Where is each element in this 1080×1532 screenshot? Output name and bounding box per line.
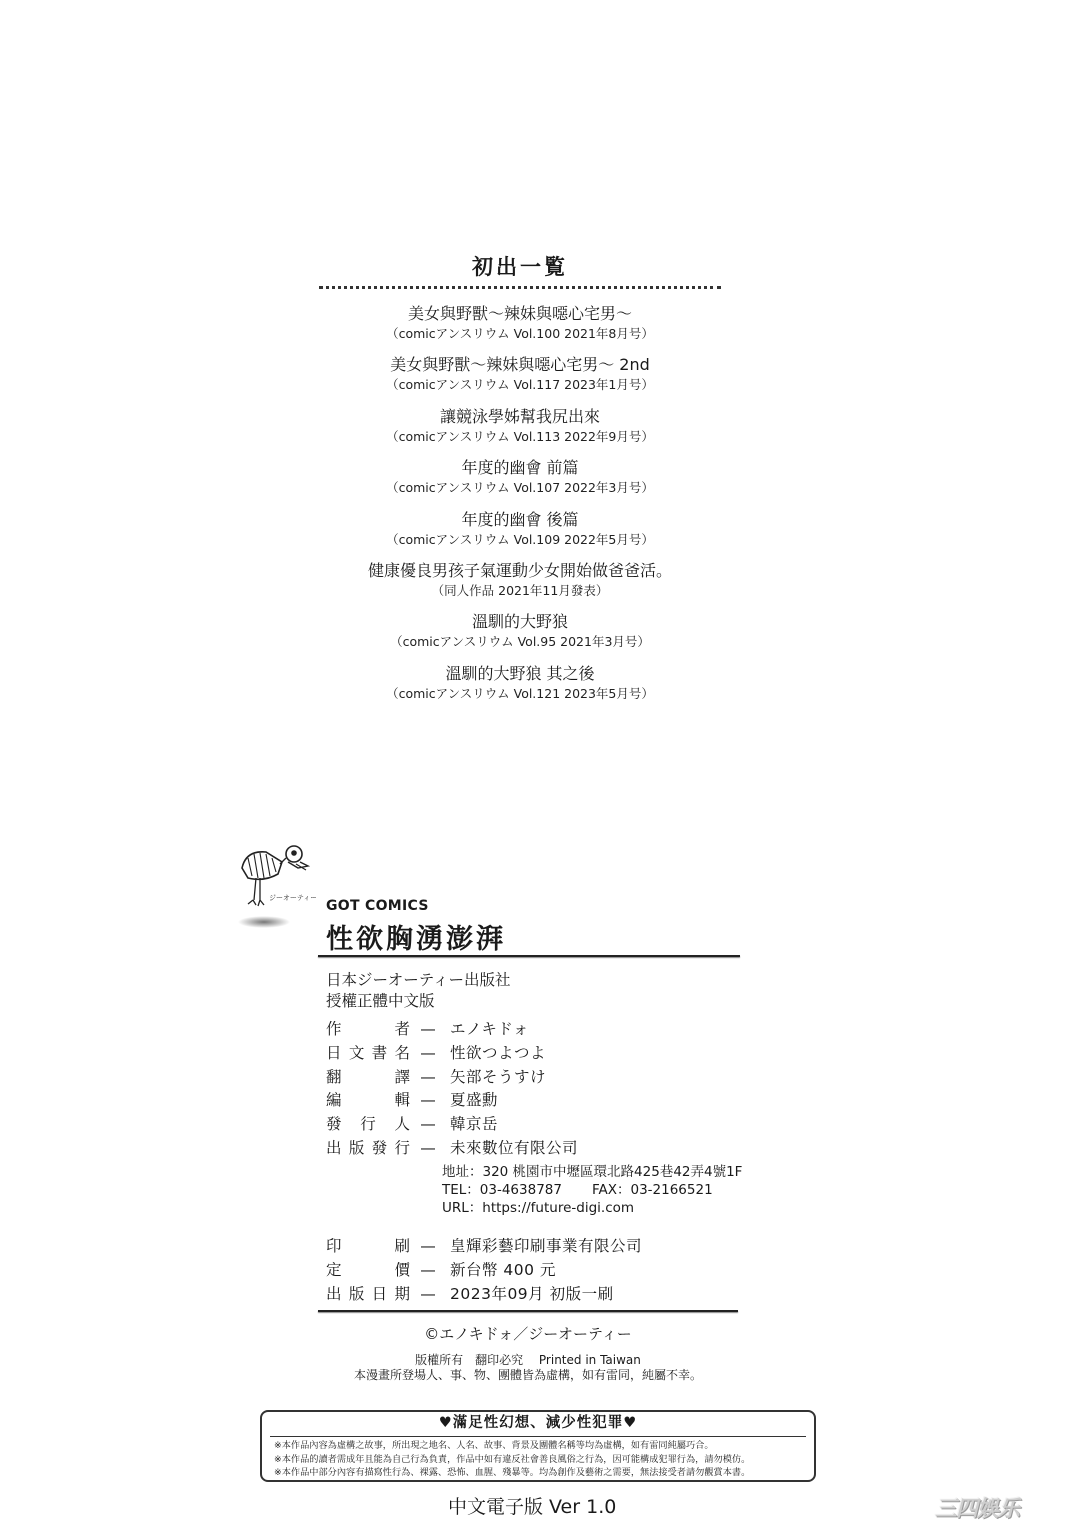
disclaimer-line: 本漫畫所登場人、事、物、團體皆為虛構，如有雷同，純屬不幸。 [318, 1368, 738, 1383]
story-source: （comicアンスリウム Vol.107 2022年3月号） [300, 479, 740, 497]
credit-dash: — [412, 1235, 444, 1259]
credit-label: 定價 [326, 1259, 410, 1283]
list-item: 美女與野獸～辣妹與噁心宅男～ 2nd （comicアンスリウム Vol.117 … [300, 354, 740, 405]
credit-dash: — [412, 1018, 444, 1042]
story-source: （comicアンスリウム Vol.113 2022年9月号） [300, 428, 740, 446]
notice-line: ※本作品中部分內容有描寫性行為、裸露、恐怖、血腥、殘暴等。均為創作及藝術之需要，… [274, 1466, 804, 1480]
credit-value: 性欲つよつよ [450, 1042, 546, 1066]
story-title: 年度的幽會 前篇 [300, 457, 740, 479]
svg-text:ジーオーティー: ジーオーティー [269, 894, 316, 902]
publisher-phone-fax: TEL：03-4638787FAX：03-2166521 [442, 1181, 742, 1199]
credit-value: 皇輝彩藝印刷事業有限公司 [450, 1235, 642, 1259]
story-source: （comicアンスリウム Vol.121 2023年5月号） [300, 685, 740, 703]
first-appearance-list: 初出一覧 美女與野獸～辣妹與噁心宅男～ （comicアンスリウム Vol.100… [300, 250, 740, 714]
credit-row-japanese-title: 日文書名 — 性欲つよつよ [326, 1042, 578, 1066]
credit-row-publisher-person: 發行人 — 韓京岳 [326, 1113, 578, 1137]
story-source: （comicアンスリウム Vol.100 2021年8月号） [300, 325, 740, 343]
rights-block: 版權所有 翻印必究 Printed in Taiwan 本漫畫所登場人、事、物、… [318, 1353, 738, 1383]
copyright-line: ©エノキドォ／ジーオーティー [318, 1323, 738, 1344]
story-title: 美女與野獸～辣妹與噁心宅男～ 2nd [300, 354, 740, 376]
list-item: 溫馴的大野狼 其之後 （comicアンスリウム Vol.121 2023年5月号… [300, 663, 740, 714]
dotted-divider [319, 286, 721, 289]
credit-dash: — [412, 1089, 444, 1113]
heart-icon: ♥ [439, 1415, 453, 1431]
notice-title-text: 滿足性幻想、減少性犯罪 [453, 1415, 624, 1431]
story-title: 溫馴的大野狼 [300, 611, 740, 633]
credit-value: 矢部そうすけ [450, 1066, 546, 1090]
story-title: 溫馴的大野狼 其之後 [300, 663, 740, 685]
credits-table-print: 印刷 — 皇輝彩藝印刷事業有限公司 定價 — 新台幣 400 元 出版日期 — … [326, 1235, 642, 1306]
credit-row-editor: 編輯 — 夏盛勳 [326, 1089, 578, 1113]
credit-dash: — [412, 1066, 444, 1090]
list-item: 年度的幽會 後篇 （comicアンスリウム Vol.109 2022年5月号） [300, 509, 740, 560]
notice-lines: ※本作品內容為虛構之故事，所出現之地名、人名、故事、背景及團體名稱等均為虛構，如… [262, 1437, 814, 1480]
credit-label: 發行人 [326, 1113, 410, 1137]
story-source: （comicアンスリウム Vol.95 2021年3月号） [300, 633, 740, 651]
story-title: 年度的幽會 後篇 [300, 509, 740, 531]
story-title: 美女與野獸～辣妹與噁心宅男～ [300, 303, 740, 325]
notice-box: ♥滿足性幻想、減少性犯罪♥ ※本作品內容為虛構之故事，所出現之地名、人名、故事、… [260, 1410, 816, 1482]
divider-rule [318, 955, 740, 957]
publisher-bird-logo-icon: ジーオーティー [236, 840, 316, 932]
series-name: GOT COMICS [326, 898, 429, 914]
credits-table: 作者 — エノキドォ 日文書名 — 性欲つよつよ 翻譯 — 矢部そうすけ 編輯 … [326, 1018, 578, 1161]
licence-line: 日本ジーオーティー出版社 [326, 970, 510, 991]
list-item: 健康優良男孩子氣運動少女開始做爸爸活。 （同人作品 2021年11月發表） [300, 560, 740, 611]
credit-label: 出版發行 [326, 1137, 410, 1161]
story-source: （同人作品 2021年11月發表） [300, 582, 740, 600]
credit-label: 作者 [326, 1018, 410, 1042]
credit-row-translator: 翻譯 — 矢部そうすけ [326, 1066, 578, 1090]
publisher-contact: 地址：320 桃園市中壢區環北路425巷42弄4號1F TEL：03-46387… [442, 1163, 742, 1217]
story-source: （comicアンスリウム Vol.109 2022年5月号） [300, 531, 740, 549]
notice-title: ♥滿足性幻想、減少性犯罪♥ [262, 1412, 814, 1434]
credit-dash: — [412, 1137, 444, 1161]
credit-row-author: 作者 — エノキドォ [326, 1018, 578, 1042]
list-item: 年度的幽會 前篇 （comicアンスリウム Vol.107 2022年3月号） [300, 457, 740, 508]
story-source: （comicアンスリウム Vol.117 2023年1月号） [300, 376, 740, 394]
credit-row-date: 出版日期 — 2023年09月 初版一刷 [326, 1283, 642, 1307]
credit-value: 2023年09月 初版一刷 [450, 1283, 614, 1307]
book-title: 性欲胸湧澎湃 [326, 917, 506, 956]
divider-rule [318, 1310, 738, 1312]
publisher-address: 地址：320 桃園市中壢區環北路425巷42弄4號1F [442, 1163, 742, 1181]
credit-dash: — [412, 1259, 444, 1283]
list-item: 溫馴的大野狼 （comicアンスリウム Vol.95 2021年3月号） [300, 611, 740, 662]
credit-value: 未來數位有限公司 [450, 1137, 578, 1161]
story-title: 健康優良男孩子氣運動少女開始做爸爸活。 [300, 560, 740, 582]
watermark: 三四娛乐 [935, 1492, 1019, 1523]
licence-line: 授權正體中文版 [326, 991, 510, 1012]
notice-line: ※本作品內容為虛構之故事，所出現之地名、人名、故事、背景及團體名稱等均為虛構，如… [274, 1439, 804, 1453]
credit-row-printer: 印刷 — 皇輝彩藝印刷事業有限公司 [326, 1235, 642, 1259]
credit-label: 出版日期 [326, 1283, 410, 1307]
credit-label: 編輯 [326, 1089, 410, 1113]
credit-label: 日文書名 [326, 1042, 410, 1066]
credit-row-price: 定價 — 新台幣 400 元 [326, 1259, 642, 1283]
credit-dash: — [412, 1042, 444, 1066]
credit-row-publisher: 出版發行 — 未來數位有限公司 [326, 1137, 578, 1161]
list-item: 讓競泳學姊幫我尻出來 （comicアンスリウム Vol.113 2022年9月号… [300, 406, 740, 457]
credit-value: 新台幣 400 元 [450, 1259, 556, 1283]
credit-value: 韓京岳 [450, 1113, 498, 1137]
publisher-fax: FAX：03-2166521 [592, 1182, 713, 1198]
credit-dash: — [412, 1283, 444, 1307]
notice-line: ※本作品的讀者需成年且能為自己行為負責，作品中如有違反社會善良風俗之行為，因可能… [274, 1453, 804, 1467]
credit-value: エノキドォ [450, 1018, 529, 1042]
credit-label: 翻譯 [326, 1066, 410, 1090]
story-title: 讓競泳學姊幫我尻出來 [300, 406, 740, 428]
list-item: 美女與野獸～辣妹與噁心宅男～ （comicアンスリウム Vol.100 2021… [300, 303, 740, 354]
credit-value: 夏盛勳 [450, 1089, 498, 1113]
rights-line: 版權所有 翻印必究 Printed in Taiwan [318, 1353, 738, 1368]
licence-block: 日本ジーオーティー出版社 授權正體中文版 [326, 970, 510, 1012]
publisher-tel: TEL：03-4638787 [442, 1182, 562, 1198]
credit-label: 印刷 [326, 1235, 410, 1259]
heart-icon: ♥ [623, 1415, 637, 1431]
first-appearance-title: 初出一覧 [300, 252, 740, 282]
credit-dash: — [412, 1113, 444, 1137]
publisher-url: URL：https://future-digi.com [442, 1199, 742, 1217]
edition-label: 中文電子版 Ver 1.0 [448, 1492, 616, 1519]
